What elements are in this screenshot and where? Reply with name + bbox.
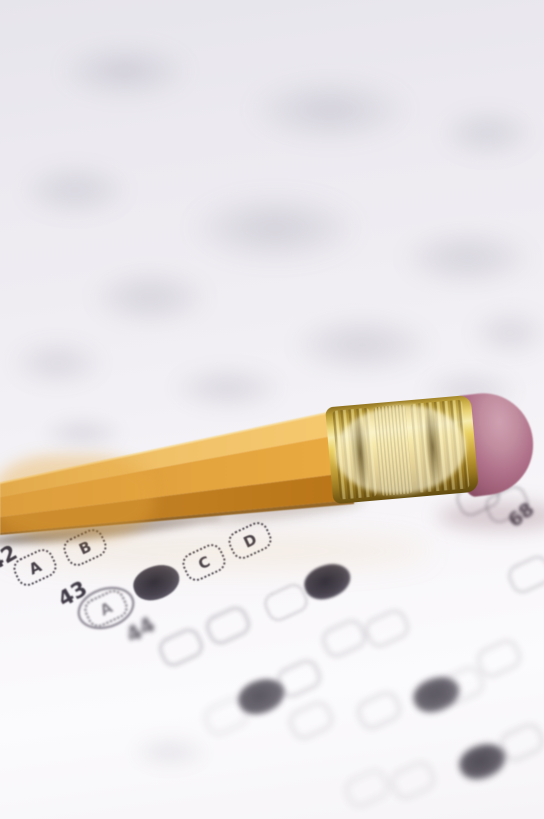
answer-bubble [203, 603, 253, 647]
answer-bubble [286, 698, 336, 742]
pencil-out-of-focus-haze [0, 455, 154, 539]
answer-bubble [505, 552, 544, 596]
answer-bubble [319, 616, 369, 660]
blurred-mark [400, 230, 535, 286]
blurred-mark [90, 270, 210, 325]
blurred-mark [290, 315, 435, 375]
answer-bubble [342, 766, 392, 810]
blurred-mark [250, 80, 410, 140]
blurred-mark [10, 340, 105, 386]
pencil-ferrule [325, 395, 479, 504]
eraser-shadow [438, 502, 544, 530]
blurred-mark [130, 735, 210, 769]
answer-bubble [354, 688, 404, 732]
answer-bubble [362, 606, 412, 650]
blurred-mark [470, 310, 544, 356]
answer-bubble [474, 636, 524, 680]
blurred-mark [440, 110, 535, 156]
blurred-mark [60, 45, 190, 97]
blurred-mark [190, 195, 360, 261]
blurred-mark [20, 165, 130, 215]
answer-bubble [156, 625, 206, 669]
photo-pencil-on-answer-sheet: 42 A B C D 43 A 68 44 [0, 0, 544, 819]
answer-bubble [388, 758, 438, 802]
